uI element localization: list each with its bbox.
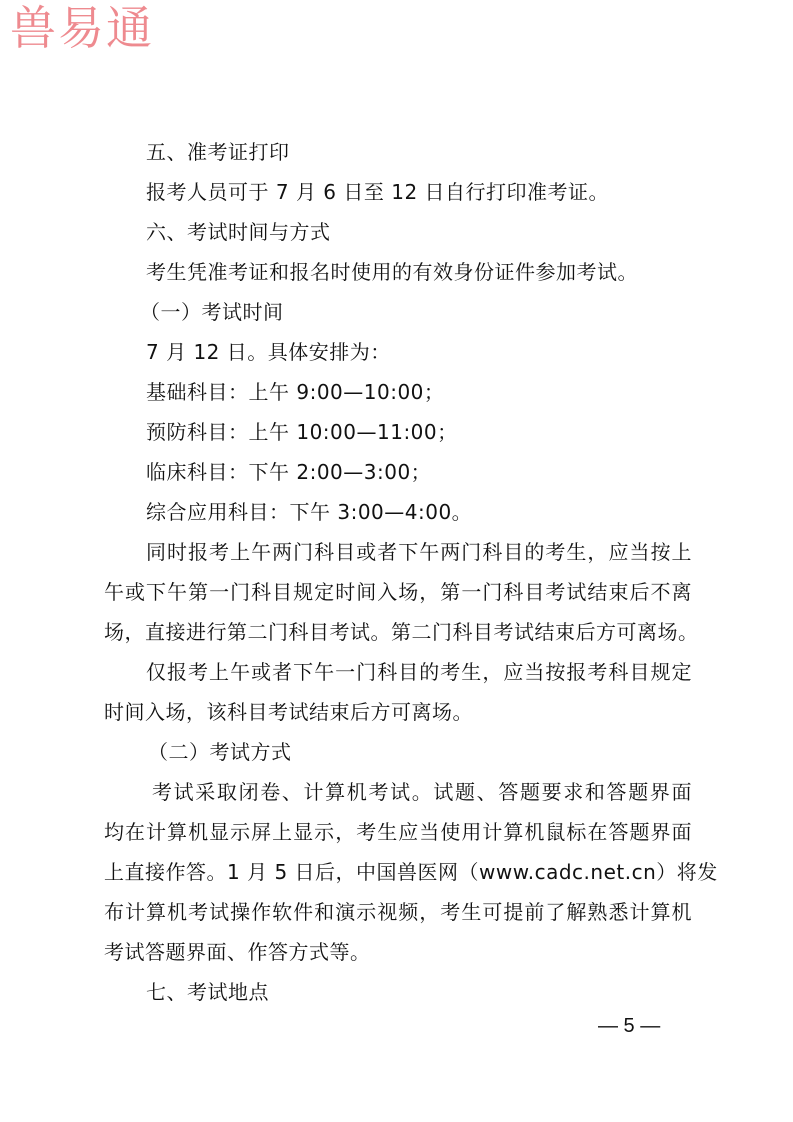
schedule-clinical: 临床科目：下午 2:00—3:00； bbox=[146, 459, 431, 485]
section-heading-6: 六、考试时间与方式 bbox=[146, 219, 331, 245]
paragraph-exam-method-line-3: 上直接作答。1 月 5 日后，中国兽医网（www.cadc.net.cn）将发 bbox=[104, 859, 692, 885]
paragraph-exam-method-line-4: 布计算机考试操作软件和演示视频，考生可提前了解熟悉计算机 bbox=[104, 899, 692, 925]
paragraph-one-subject-line-2: 时间入场，该科目考试结束后方可离场。 bbox=[104, 699, 473, 725]
schedule-basic: 基础科目：上午 9:00—10:00； bbox=[146, 379, 444, 405]
paragraph-two-subjects-line-2: 午或下午第一门科目规定时间入场，第一门科目考试结束后不离 bbox=[104, 579, 692, 605]
subsection-heading-exam-method: （二）考试方式 bbox=[148, 739, 292, 765]
exam-date: 7 月 12 日。具体安排为： bbox=[146, 339, 391, 365]
schedule-prevention: 预防科目：上午 10:00—11:00； bbox=[146, 419, 458, 445]
watermark-logo: 兽易通 bbox=[10, 0, 154, 58]
paragraph-admission-print: 报考人员可于 7 月 6 日至 12 日自行打印准考证。 bbox=[146, 179, 609, 205]
paragraph-exam-method-line-1: 考试采取闭卷、计算机考试。试题、答题要求和答题界面 bbox=[152, 779, 692, 805]
subsection-heading-exam-time: （一）考试时间 bbox=[140, 299, 284, 325]
section-heading-5: 五、准考证打印 bbox=[146, 139, 290, 165]
paragraph-exam-method-line-2: 均在计算机显示屏上显示，考生应当使用计算机鼠标在答题界面 bbox=[104, 819, 692, 845]
paragraph-one-subject-line-1: 仅报考上午或者下午一门科目的考生，应当按报考科目规定 bbox=[146, 659, 692, 685]
schedule-comprehensive: 综合应用科目：下午 3:00—4:00。 bbox=[146, 499, 472, 525]
paragraph-id-requirement: 考生凭准考证和报名时使用的有效身份证件参加考试。 bbox=[146, 259, 638, 285]
section-heading-7: 七、考试地点 bbox=[146, 979, 269, 1005]
paragraph-two-subjects-line-3: 场，直接进行第二门科目考试。第二门科目考试结束后方可离场。 bbox=[104, 619, 692, 645]
paragraph-two-subjects-line-1: 同时报考上午两门科目或者下午两门科目的考生，应当按上 bbox=[146, 539, 692, 565]
paragraph-exam-method-line-5: 考试答题界面、作答方式等。 bbox=[104, 939, 371, 965]
page-number: — 5 — bbox=[598, 1013, 660, 1039]
